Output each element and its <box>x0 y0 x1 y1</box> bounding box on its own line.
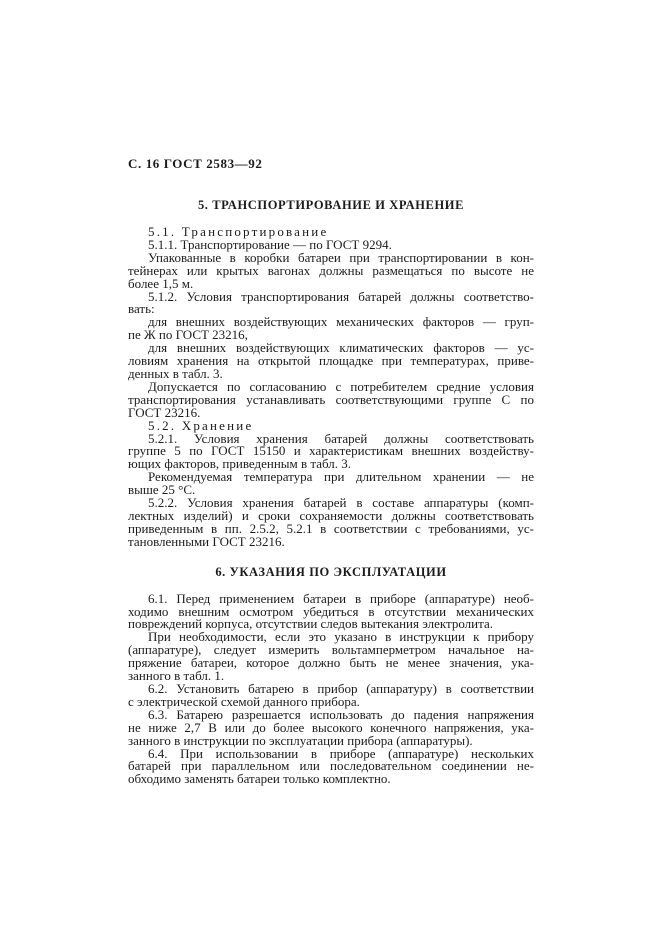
section-heading: 6. УКАЗАНИЯ ПО ЭКСПЛУАТАЦИИ <box>128 565 534 579</box>
paragraph: 6.3. Батарею разрешается использовать до… <box>128 709 534 748</box>
paragraph: 5.2.2. Условия хранения батарей в состав… <box>128 497 534 549</box>
paragraph: для внешних воздействующих механических … <box>128 316 534 342</box>
section-heading: 5. ТРАНСПОРТИРОВАНИЕ И ХРАНЕНИЕ <box>128 198 534 212</box>
paragraph: 6.1. Перед применением батареи в приборе… <box>128 593 534 632</box>
paragraph: 6.2. Установить батарею в прибор (аппара… <box>128 683 534 709</box>
paragraph: Допускается по согласованию с потребител… <box>128 381 534 420</box>
paragraph: 6.4. При использовании в приборе (аппара… <box>128 748 534 787</box>
paragraph: для внешних воздействующих климатических… <box>128 342 534 381</box>
paragraph: 5.1.2. Условия транспортирования батарей… <box>128 291 534 317</box>
text-line: тановленными ГОСТ 23216. <box>128 536 534 549</box>
page-header: С. 16 ГОСТ 2583—92 <box>128 156 262 172</box>
paragraph: 5.2.1. Условия хранения батарей должны с… <box>128 433 534 472</box>
paragraph: При необходимости, если это указано в ин… <box>128 631 534 683</box>
paragraph: Рекомендуемая температура при длительном… <box>128 471 534 497</box>
text-line: обходимо заменять батареи только комплек… <box>128 773 534 786</box>
document-body: 5. ТРАНСПОРТИРОВАНИЕ И ХРАНЕНИЕ5.1. Тран… <box>128 182 534 786</box>
scanned-document-page: С. 16 ГОСТ 2583—92 5. ТРАНСПОРТИРОВАНИЕ … <box>0 0 661 935</box>
text-line: 5.1.2. Условия транспортирования батарей… <box>128 291 534 304</box>
paragraph: Упакованные в коробки батареи при трансп… <box>128 252 534 291</box>
